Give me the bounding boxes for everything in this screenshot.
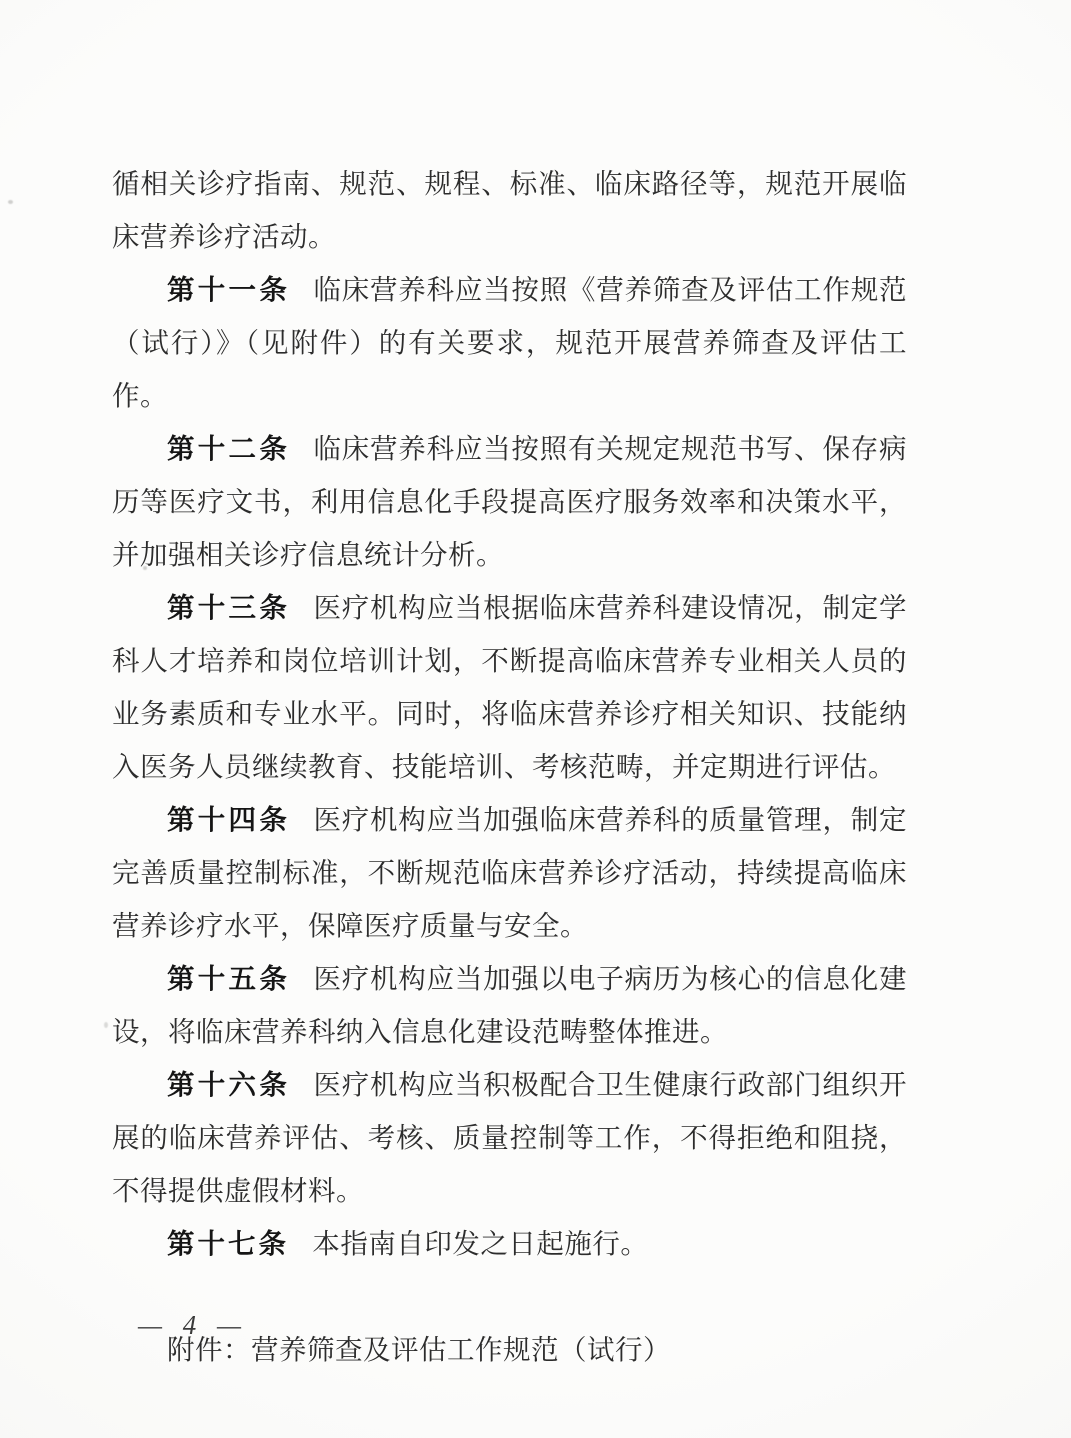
- scan-speck: [143, 566, 147, 570]
- article-number: 第十四条: [167, 804, 290, 835]
- article-paragraph-17: 第十七条本指南自印发之日起施行。: [112, 1217, 907, 1270]
- scan-speck: [104, 1022, 108, 1028]
- article-text: 本指南自印发之日起施行。: [312, 1228, 648, 1259]
- article-number: 第十五条: [167, 963, 290, 994]
- article-number: 第十二条: [167, 433, 290, 464]
- article-paragraph-11: 第十一条临床营养科应当按照《营养筛查及评估工作规范（试行）》（见附件）的有关要求…: [112, 263, 907, 422]
- article-number: 第十三条: [167, 592, 290, 623]
- page-number: — 4 —: [138, 1308, 248, 1342]
- document-page: 循相关诊疗指南、规范、规程、标准、临床路径等，规范开展临床营养诊疗活动。 第十一…: [0, 0, 1071, 1438]
- article-number: 第十六条: [167, 1069, 290, 1100]
- article-paragraph-13: 第十三条医疗机构应当根据临床营养科建设情况，制定学科人才培养和岗位培训计划，不断…: [112, 581, 907, 793]
- article-paragraph-12: 第十二条临床营养科应当按照有关规定规范书写、保存病历等医疗文书，利用信息化手段提…: [112, 422, 907, 581]
- article-paragraph-14: 第十四条医疗机构应当加强临床营养科的质量管理，制定完善质量控制标准，不断规范临床…: [112, 793, 907, 952]
- article-number: 第十一条: [167, 274, 290, 305]
- article-paragraph-16: 第十六条医疗机构应当积极配合卫生健康行政部门组织开展的临床营养评估、考核、质量控…: [112, 1058, 907, 1217]
- article-number: 第十七条: [167, 1228, 289, 1259]
- scan-speck: [8, 200, 13, 204]
- continuation-text: 循相关诊疗指南、规范、规程、标准、临床路径等，规范开展临床营养诊疗活动。: [112, 168, 907, 252]
- continuation-paragraph: 循相关诊疗指南、规范、规程、标准、临床路径等，规范开展临床营养诊疗活动。: [112, 157, 907, 263]
- article-paragraph-15: 第十五条医疗机构应当加强以电子病历为核心的信息化建设，将临床营养科纳入信息化建设…: [112, 952, 907, 1058]
- document-text-block: 循相关诊疗指南、规范、规程、标准、临床路径等，规范开展临床营养诊疗活动。 第十一…: [112, 157, 907, 1376]
